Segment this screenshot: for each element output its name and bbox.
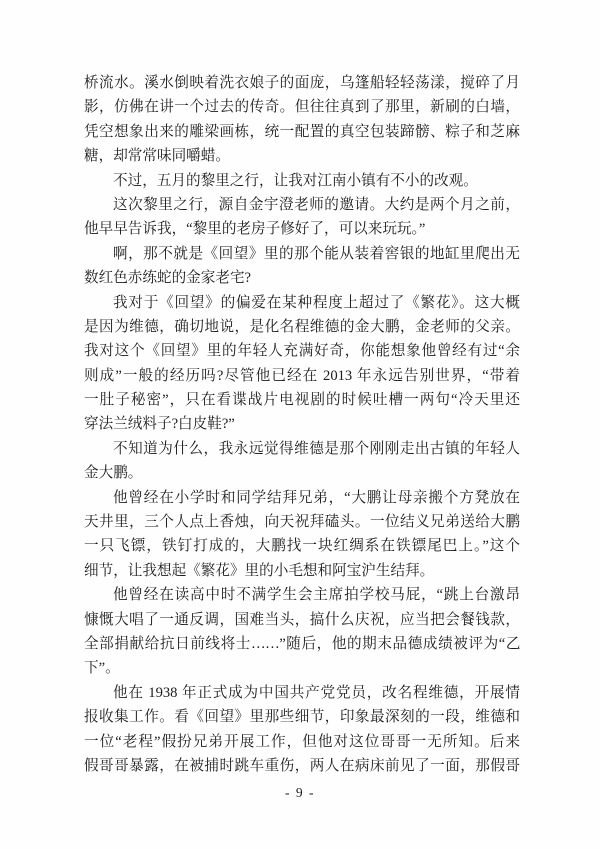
text-line: 影，仿佛在讲一个过去的传奇。但往往真到了那里，新刷的白墙， [84,95,520,119]
document-page: 桥流水。溪水倒映着洗衣娘子的面庞，乌篷船轻轻荡漾，搅碎了月影，仿佛在讲一个过去的… [0,0,600,849]
page-number: - 9 - [0,785,600,801]
text-line: 是因为维德，确切地说，是化名程维德的金大鹏，金老师的父亲。 [84,315,520,339]
text-line: 我对于《回望》的偏爱在某种程度上超过了《繁花》。这大概 [84,291,520,315]
text-line: 则成”一般的经历吗?尽管他已经在 2013 年永远告别世界，“带着 [84,364,520,388]
text-line: 他曾经在读高中时不满学生会主席拍学校马屁，“跳上台激昂 [84,583,520,607]
text-line: 慷慨大唱了一通反调，国难当头，搞什么庆祝，应当把会餐钱款， [84,608,520,632]
text-line: 这次黎里之行，源自金宇澄老师的邀请。大约是两个月之前， [84,193,520,217]
text-line: 我对这个《回望》里的年轻人充满好奇，你能想象他曾经有过“余 [84,339,520,363]
text-line: 全部捐献给抗日前线将士……”随后，他的期末品德成绩被评为“乙 [84,632,520,656]
text-line: 啊，那不就是《回望》里的那个能从装着窖银的地缸里爬出无 [84,242,520,266]
text-line: 细节，让我想起《繁花》里的小毛想和阿宝沪生结拜。 [84,559,520,583]
text-line: 不过，五月的黎里之行，让我对江南小镇有不小的改观。 [84,169,520,193]
text-line: 不知道为什么，我永远觉得维德是那个刚刚走出古镇的年轻人 [84,437,520,461]
text-line: 天井里，三个人点上香烛，向天祝拜磕头。一位结义兄弟送给大鹏 [84,510,520,534]
text-line: 假哥哥暴露，在被捕时跳车重伤，两人在病床前见了一面，那假哥 [84,754,520,778]
text-line: 他早早告诉我，“黎里的老房子修好了，可以来玩玩。” [84,217,520,241]
text-line: 一肚子秘密”，只在看谍战片电视剧的时候吐槽一两句“冷天里还 [84,388,520,412]
text-line: 一只飞镖，铁钉打成的，大鹏找一块红绸系在铁镖尾巴上。”这个 [84,534,520,558]
text-line: 穿法兰绒料子?白皮鞋?” [84,412,520,436]
text-line: 金大鹏。 [84,461,520,485]
text-line: 报收集工作。看《回望》里那些细节，印象最深刻的一段，维德和 [84,705,520,729]
text-line: 下”。 [84,656,520,680]
text-line: 他在 1938 年正式成为中国共产党党员，改名程维德，开展情 [84,681,520,705]
text-line: 数红色赤练蛇的金家老宅? [84,266,520,290]
text-line: 糖，却常常味同嚼蜡。 [84,144,520,168]
text-line: 他曾经在小学时和同学结拜兄弟，“大鹏让母亲搬个方凳放在 [84,486,520,510]
page-body: 桥流水。溪水倒映着洗衣娘子的面庞，乌篷船轻轻荡漾，搅碎了月影，仿佛在讲一个过去的… [84,71,520,778]
text-line: 凭空想象出来的雕梁画栋，统一配置的真空包装蹄髈、粽子和芝麻 [84,120,520,144]
text-line: 桥流水。溪水倒映着洗衣娘子的面庞，乌篷船轻轻荡漾，搅碎了月 [84,71,520,95]
text-line: 一位“老程”假扮兄弟开展工作，但他对这位哥哥一无所知。后来 [84,730,520,754]
